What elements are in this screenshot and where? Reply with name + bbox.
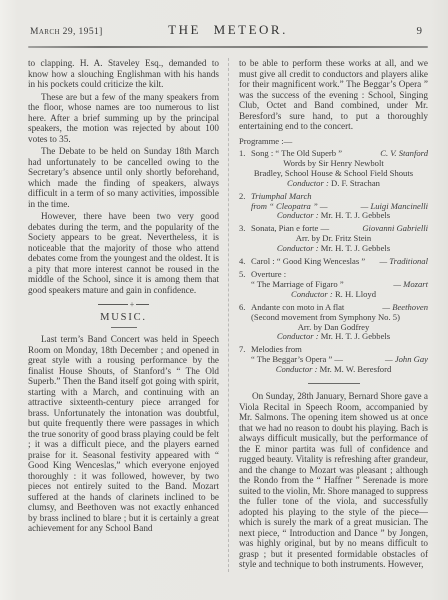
programme-item-7: 7. Melodies from “ The Beggar’s Opera ” … <box>239 345 428 375</box>
programme-composer: — Traditional <box>375 257 428 267</box>
programme-composer: — Mozart <box>388 280 428 290</box>
conductor-name: Mr. H. T. J. Gebbels <box>321 210 390 220</box>
section-divider-rule <box>308 383 360 384</box>
programme-note: (Second movement from Symphony No. 5) <box>251 313 400 323</box>
conductor-label: Conductor : <box>277 243 319 253</box>
conductor-name: Mr. H. T. J. Gebbels <box>321 331 390 341</box>
programme-number: 4. <box>239 257 251 267</box>
ornament-line <box>136 304 149 305</box>
conductor-name: R. H. Lloyd <box>335 289 376 299</box>
section-divider-ornament: + <box>28 299 219 310</box>
programme-conductor-line: Conductor : Mr. H. T. J. Gebbels <box>239 211 428 221</box>
programme-number: 5. <box>239 270 251 280</box>
left-column: to clapping. H. A. Staveley Esq., demand… <box>28 58 228 572</box>
programme-item-6: 6. Andante con moto in A flat — Beethove… <box>239 303 428 343</box>
programme-note-line: (Second movement from Symphony No. 5) <box>239 313 428 323</box>
paragraph-band-concert: Last term’s Band Concert was held in Spe… <box>28 334 219 534</box>
programme-number: 2. <box>239 192 251 202</box>
programme-conductor-line: Conductor : Mr. M. W. Beresford <box>239 365 428 375</box>
conductor-name: Mr. H. T. J. Gebbels <box>321 243 390 253</box>
programme-conductor-line: Conductor : R. H. Lloyd <box>239 290 428 300</box>
conductor-name: D. F. Strachan <box>331 178 380 188</box>
programme-number: 3. <box>239 224 251 234</box>
paragraph-debate-clapping: to clapping. H. A. Staveley Esq., demand… <box>28 58 219 90</box>
programme-number: 1. <box>239 149 251 159</box>
programme-title: Carol : “ Good King Wenceslas ” <box>251 257 365 267</box>
programme-number: 7. <box>239 345 251 355</box>
magazine-page: March 29, 1951] THE METEOR. 9 to clappin… <box>0 0 448 600</box>
programme-label: Programme :— <box>239 136 428 147</box>
programme-item-5: 5. Overture : “ The Marriage of Figaro ”… <box>239 270 428 300</box>
heading-rule <box>111 327 137 328</box>
page-title: THE METEOR. <box>148 22 308 38</box>
programme-number: 6. <box>239 303 251 313</box>
programme-conductor-line: Conductor : D. F. Strachan <box>239 179 428 189</box>
programme-conductor-line: Conductor : Mr. H. T. J. Gebbels <box>239 244 428 254</box>
page-number: 9 <box>308 25 426 37</box>
programme-title-line: 4. Carol : “ Good King Wenceslas ” — Tra… <box>239 257 428 267</box>
paragraph-concert-credit: to be able to perform these works at all… <box>239 58 428 132</box>
section-heading-music: MUSIC. <box>28 312 219 323</box>
programme-item-3: 3. Sonata, Pian e forte — Giovanni Gabri… <box>239 224 428 254</box>
programme-item-4: 4. Carol : “ Good King Wenceslas ” — Tra… <box>239 257 428 267</box>
paragraph-debate-cancelled: The Debate to be held on Sunday 18th Mar… <box>28 146 219 209</box>
programme-conductor-line: Conductor : Mr. H. T. J. Gebbels <box>239 332 428 342</box>
page-header: March 29, 1951] THE METEOR. 9 <box>28 22 428 38</box>
conductor-label: Conductor : <box>277 210 319 220</box>
conductor-name: Mr. M. W. Beresford <box>320 364 392 374</box>
conductor-label: Conductor : <box>287 178 329 188</box>
ornament-line <box>98 304 128 305</box>
programme-item-1: 1. Song : “ The Old Superb ” C. V. Stanf… <box>239 149 428 189</box>
paragraph-viola-recital: On Sunday, 28th January, Bernard Shore g… <box>239 391 428 570</box>
header-rule <box>28 46 428 48</box>
conductor-label: Conductor : <box>291 289 333 299</box>
issue-date: March 29, 1951] <box>30 27 148 37</box>
conductor-label: Conductor : <box>276 364 318 374</box>
paragraph-debate-popularity: However, there have been two very good d… <box>28 211 219 295</box>
programme-item-2: 2. Triumphal March from “ Cleopatra ” — … <box>239 192 428 222</box>
conductor-label: Conductor : <box>277 331 319 341</box>
paragraph-debate-speakers: These are but a few of the many speakers… <box>28 92 219 145</box>
ornament-cross-icon: + <box>130 301 135 309</box>
two-column-body: to clapping. H. A. Staveley Esq., demand… <box>28 58 428 572</box>
right-column: to be able to perform these works at all… <box>228 58 428 572</box>
